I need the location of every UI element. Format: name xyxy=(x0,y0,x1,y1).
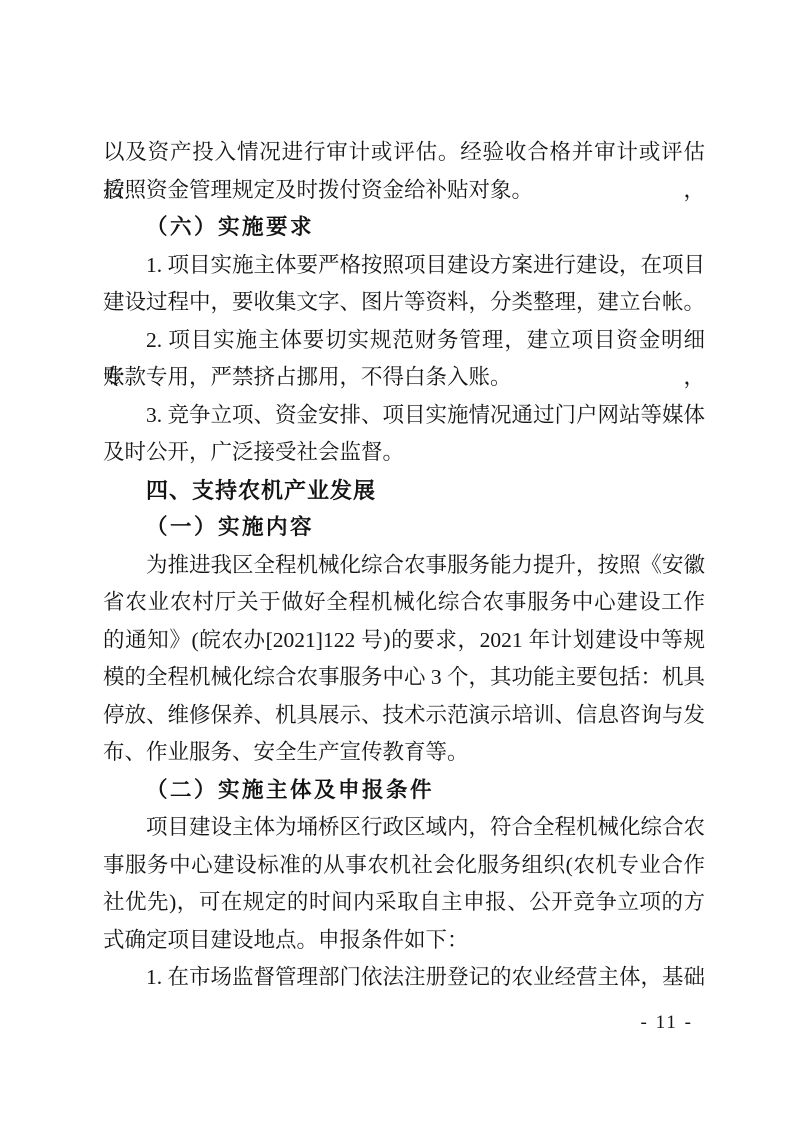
text-line: 省农业农村厅关于做好全程机械化综合农事服务中心建设工作 xyxy=(103,584,705,622)
document-lines: 以及资产投入情况进行审计或评估。经验收合格并审计或评估后，按照资金管理规定及时拨… xyxy=(103,134,705,997)
text-line: 1. 在市场监督管理部门依法注册登记的农业经营主体，基础 xyxy=(103,959,705,997)
text-line: 的通知》(皖农办[2021]122 号)的要求，2021 年计划建设中等规 xyxy=(103,622,705,660)
text-line: 模的全程机械化综合农事服务中心 3 个，其功能主要包括：机具 xyxy=(103,659,705,697)
text-line: 四、支持农机产业发展 xyxy=(103,472,705,510)
text-line: 及时公开，广泛接受社会监督。 xyxy=(103,434,705,472)
text-line: 为推进我区全程机械化综合农事服务能力提升，按照《安徽 xyxy=(103,547,705,585)
text-line: （二）实施主体及申报条件 xyxy=(103,772,705,810)
text-line: 布、作业服务、安全生产宣传教育等。 xyxy=(103,734,705,772)
text-line: 项目建设主体为埇桥区行政区域内，符合全程机械化综合农 xyxy=(103,809,705,847)
document-page: 以及资产投入情况进行审计或评估。经验收合格并审计或评估后，按照资金管理规定及时拨… xyxy=(0,0,793,1122)
text-line: 建设过程中，要收集文字、图片等资料，分类整理，建立台帐。 xyxy=(103,284,705,322)
text-line: （一）实施内容 xyxy=(103,509,705,547)
text-line: 社优先)，可在规定的时间内采取自主申报、公开竞争立项的方 xyxy=(103,884,705,922)
text-line: 2. 项目实施主体要切实规范财务管理，建立项目资金明细账， xyxy=(103,322,705,360)
text-line: 式确定项目建设地点。申报条件如下： xyxy=(103,922,705,960)
text-line: 1. 项目实施主体要严格按照项目建设方案进行建设，在项目 xyxy=(103,247,705,285)
text-line: （六）实施要求 xyxy=(103,209,705,247)
text-line: 停放、维修保养、机具展示、技术示范演示培训、信息咨询与发 xyxy=(103,697,705,735)
text-line: 3. 竞争立项、资金安排、项目实施情况通过门户网站等媒体 xyxy=(103,397,705,435)
text-line: 事服务中心建设标准的从事农机社会化服务组织(农机专业合作 xyxy=(103,847,705,885)
page-number: - 11 - xyxy=(641,1012,693,1034)
text-line: 以及资产投入情况进行审计或评估。经验收合格并审计或评估后， xyxy=(103,134,705,172)
